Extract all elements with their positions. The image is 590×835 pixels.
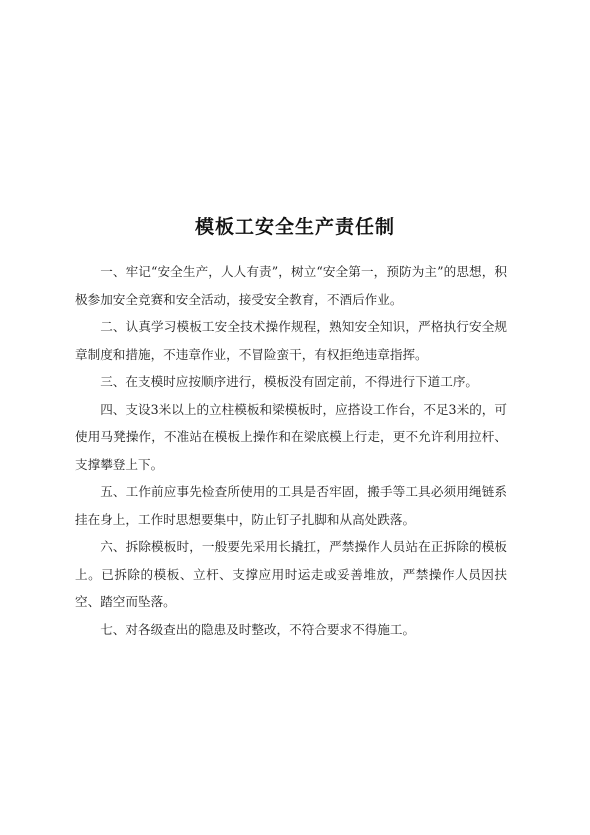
paragraph-1: 一、牢记“安全生产，人人有责”，树立“安全第一，预防为主”的思想，积极参加安全竞…: [75, 258, 507, 313]
paragraph-7: 七、对各级查出的隐患及时整改，不符合要求不得施工。: [75, 616, 507, 644]
paragraph-6: 六、拆除模板时，一般要先采用长撬扛，严禁操作人员站在正拆除的模板上。已拆除的模板…: [75, 533, 507, 616]
paragraph-5: 五、工作前应事先检查所使用的工具是否牢固，搬手等工具必须用绳链系挂在身上，工作时…: [75, 478, 507, 533]
document-title: 模板工安全生产责任制: [0, 212, 590, 239]
paragraph-2: 二、认真学习模板工安全技术操作规程，熟知安全知识，严格执行安全规章制度和措施，不…: [75, 313, 507, 368]
paragraph-4: 四、支设3米以上的立柱模板和梁模板时，应搭设工作台，不足3米的，可使用马凳操作，…: [75, 396, 507, 479]
paragraph-3: 三、在支模时应按顺序进行，模板没有固定前，不得进行下道工序。: [75, 368, 507, 396]
document-page: 模板工安全生产责任制 一、牢记“安全生产，人人有责”，树立“安全第一，预防为主”…: [0, 0, 590, 835]
document-body: 一、牢记“安全生产，人人有责”，树立“安全第一，预防为主”的思想，积极参加安全竞…: [75, 258, 507, 643]
